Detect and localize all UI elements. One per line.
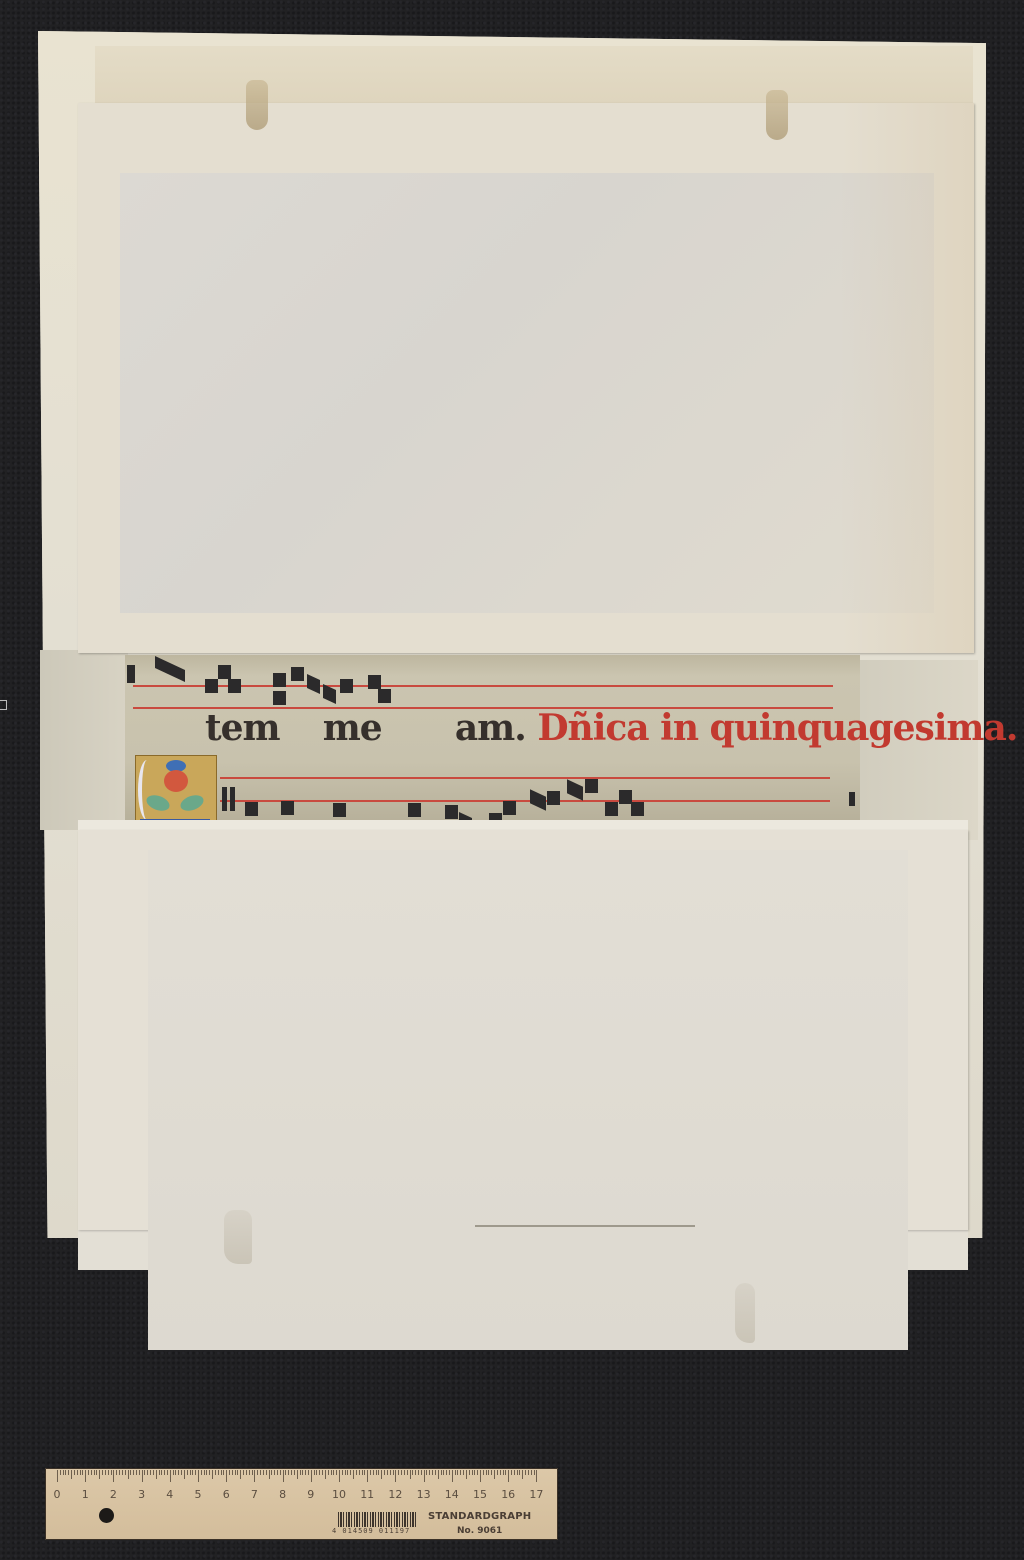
ruler-tick (65, 1470, 66, 1475)
ruler-tick (237, 1470, 238, 1475)
ruler-tick (500, 1470, 501, 1475)
ruler-tick (192, 1470, 193, 1475)
ruler-tick (195, 1470, 196, 1475)
ruler-tick (266, 1470, 267, 1475)
ruler-tick (446, 1470, 447, 1475)
ruler-tick (364, 1470, 365, 1475)
ruler-label: 13 (417, 1488, 431, 1501)
ruler-label: 11 (360, 1488, 374, 1501)
ruler-ticks (45, 1468, 558, 1482)
ruler-tick (472, 1470, 473, 1475)
ruler-tick (319, 1470, 320, 1475)
ruler-tick (57, 1470, 58, 1482)
ruler-tick (164, 1470, 165, 1475)
ruler-tick (536, 1470, 537, 1482)
ruler-tick (184, 1470, 185, 1479)
ruler-tick (322, 1470, 323, 1475)
ruler-tick (517, 1470, 518, 1475)
ruler-label: 3 (138, 1488, 145, 1501)
ruler-tick (457, 1470, 458, 1475)
ruler-tick (325, 1470, 326, 1479)
neume (530, 789, 546, 810)
ruler-tick (342, 1470, 343, 1475)
neume (333, 803, 346, 817)
lyric-syllable: tem (205, 707, 280, 749)
chant-text: tem me am. Dñica in quinquagesima. (205, 707, 1017, 749)
ruler-tick (421, 1470, 422, 1475)
edge-mark (0, 700, 7, 710)
neume (368, 675, 381, 689)
ruler-tick (80, 1470, 81, 1475)
ruler-tick (480, 1470, 481, 1482)
neume (340, 679, 353, 693)
ruler-tick (415, 1470, 416, 1475)
ruler-tick (82, 1470, 83, 1475)
neume (849, 792, 855, 806)
flower-icon (164, 770, 188, 792)
ruler-tick (387, 1470, 388, 1475)
ruler-tick (252, 1470, 253, 1475)
ruler-tick (240, 1470, 241, 1479)
ruler-label: 5 (195, 1488, 202, 1501)
ruler-tick (449, 1470, 450, 1475)
ruler-label: 4 (166, 1488, 173, 1501)
ruler-tick (91, 1470, 92, 1475)
ruler-tick (316, 1470, 317, 1475)
neume (273, 673, 286, 687)
ruler-tick (373, 1470, 374, 1475)
ruler-label: 7 (251, 1488, 258, 1501)
ruler-tick (136, 1470, 137, 1475)
ruler-label: 2 (110, 1488, 117, 1501)
ruler-tick (474, 1470, 475, 1475)
ruler-tick (356, 1470, 357, 1475)
ruler-tick (119, 1470, 120, 1475)
ruler-tick (263, 1470, 264, 1475)
staff-line (220, 777, 830, 779)
ruler-tick (347, 1470, 348, 1475)
ruler-tick (393, 1470, 394, 1475)
ruler-tick (311, 1470, 312, 1482)
ruler-tick (511, 1470, 512, 1475)
neume (273, 691, 286, 705)
ruler-tick (71, 1470, 72, 1479)
ruler-hole (99, 1508, 114, 1523)
ruler-tick (122, 1470, 123, 1475)
leaf-icon (178, 792, 205, 813)
ruler-tick (288, 1470, 289, 1475)
ruler-tick (505, 1470, 506, 1475)
ruler-tick (410, 1470, 411, 1479)
neume (378, 689, 391, 703)
ruler-tick (60, 1470, 61, 1475)
ruler-tick (283, 1470, 284, 1482)
ruler-tick (88, 1470, 89, 1475)
ruler-tick (381, 1470, 382, 1479)
ruler-tick (412, 1470, 413, 1475)
ruler-tick (362, 1470, 363, 1475)
ruler-tick (128, 1470, 129, 1479)
ruler-tick (173, 1470, 174, 1475)
neume (155, 656, 185, 682)
ruler-tick (111, 1470, 112, 1475)
ruler-tick (291, 1470, 292, 1475)
ruler-tick (206, 1470, 207, 1475)
ruler-tick (367, 1470, 368, 1482)
ruler-tick (376, 1470, 377, 1475)
ruler-tick (378, 1470, 379, 1475)
ruler-model: No. 9061 (457, 1526, 502, 1536)
ruler-tick (483, 1470, 484, 1475)
barcode (338, 1512, 418, 1527)
ruler-label: 15 (473, 1488, 487, 1501)
ruler-tick (108, 1470, 109, 1475)
ruler-tick (469, 1470, 470, 1475)
ruler-tick (94, 1470, 95, 1475)
ruler-label: 1 (82, 1488, 89, 1501)
ruler-tick (463, 1470, 464, 1475)
ruler-tick (441, 1470, 442, 1475)
ruler-tick (201, 1470, 202, 1475)
ruler-tick (503, 1470, 504, 1475)
ruler-tick (187, 1470, 188, 1475)
paper-hinge-top-right (766, 90, 788, 140)
ruler-tick (218, 1470, 219, 1475)
ruler-tick (235, 1470, 236, 1475)
rubric-text: Dñica in quinquagesima. (537, 707, 1017, 749)
ruler-tick (339, 1470, 340, 1482)
ruler-tick (254, 1470, 255, 1482)
ruler-tick (384, 1470, 385, 1475)
ruler-tick (243, 1470, 244, 1475)
neume (218, 665, 231, 679)
ruler-label: 14 (445, 1488, 459, 1501)
neume (585, 779, 598, 793)
neume (408, 803, 421, 817)
ruler-tick (181, 1470, 182, 1475)
neume (547, 791, 560, 805)
ruler-tick (142, 1470, 143, 1482)
ruler-label: 10 (332, 1488, 346, 1501)
neume (281, 801, 294, 815)
left-vellum-strip (40, 650, 128, 830)
upper-blank-sheet (78, 103, 974, 653)
ruler-tick (477, 1470, 478, 1475)
ruler-tick (74, 1470, 75, 1475)
ruler-tick (353, 1470, 354, 1479)
ruler-tick (249, 1470, 250, 1475)
ruler-tick (300, 1470, 301, 1475)
ruler-tick (170, 1470, 171, 1482)
ruler-tick (370, 1470, 371, 1475)
neume (127, 665, 135, 683)
neume (605, 802, 618, 816)
tear-line (475, 1225, 695, 1227)
ruler-tick (215, 1470, 216, 1475)
ruler-tick (116, 1470, 117, 1475)
ruler-tick (302, 1470, 303, 1475)
ruler-tick (336, 1470, 337, 1475)
ruler-tick (345, 1470, 346, 1475)
ruler-tick (209, 1470, 210, 1475)
ruler-tick (494, 1470, 495, 1479)
ruler-tick (435, 1470, 436, 1475)
ruler-tick (68, 1470, 69, 1475)
ruler-tick (139, 1470, 140, 1475)
ruler-tick (486, 1470, 487, 1475)
ruler-tick (401, 1470, 402, 1475)
ruler-tick (223, 1470, 224, 1475)
ruler-tick (280, 1470, 281, 1475)
ruler-tick (398, 1470, 399, 1475)
ruler-tick (331, 1470, 332, 1475)
ruler-tick (175, 1470, 176, 1475)
right-vellum-strip (852, 660, 978, 840)
ruler-tick (308, 1470, 309, 1475)
ruler-tick (113, 1470, 114, 1482)
ruler-tick (429, 1470, 430, 1475)
ruler-tick (418, 1470, 419, 1475)
ruler-tick (232, 1470, 233, 1475)
neume (567, 779, 583, 800)
ruler-tick (443, 1470, 444, 1475)
ruler-tick (204, 1470, 205, 1475)
lyric-syllable: am. (455, 707, 526, 749)
barcode-digits: 4 014509 011197 (332, 1527, 410, 1535)
ruler-label: 16 (501, 1488, 515, 1501)
ruler-tick (519, 1470, 520, 1475)
ruler-tick (525, 1470, 526, 1475)
ruler-tick (333, 1470, 334, 1475)
ruler-tick (156, 1470, 157, 1479)
ruler-tick (497, 1470, 498, 1475)
acanthus-swirl (138, 760, 156, 820)
staff-line (220, 800, 830, 802)
ruler-tick (105, 1470, 106, 1475)
ruler-tick (221, 1470, 222, 1475)
ruler-tick (198, 1470, 199, 1482)
ruler-tick (257, 1470, 258, 1475)
ruler-tick (514, 1470, 515, 1475)
neume (307, 674, 320, 694)
ruler-tick (85, 1470, 86, 1482)
paper-hinge-bottom-right (735, 1283, 755, 1343)
ruler-tick (125, 1470, 126, 1475)
ruler-tick (359, 1470, 360, 1475)
ruler-tick (314, 1470, 315, 1475)
ruler-tick (531, 1470, 532, 1475)
ruler-tick (350, 1470, 351, 1475)
ruler-tick (522, 1470, 523, 1479)
ruler-tick (226, 1470, 227, 1482)
ruler-tick (390, 1470, 391, 1475)
paper-hinge-top-left (246, 80, 268, 130)
neume (503, 801, 516, 815)
manuscript-fragment: tem me am. Dñica in quinquagesima. (125, 655, 860, 833)
ruler-tick (297, 1470, 298, 1479)
ruler-tick (395, 1470, 396, 1482)
ruler-tick (424, 1470, 425, 1482)
ruler-tick (130, 1470, 131, 1475)
ruler-brand: STANDARDGRAPH (428, 1511, 531, 1522)
ruler-label: 8 (279, 1488, 286, 1501)
ruler-tick (305, 1470, 306, 1475)
ruler-tick (432, 1470, 433, 1475)
ruler-tick (460, 1470, 461, 1475)
ruler-tick (455, 1470, 456, 1475)
lyric-syllable: me (323, 707, 382, 749)
neume (631, 802, 644, 816)
ruler-tick (269, 1470, 270, 1479)
ruler-tick (426, 1470, 427, 1475)
ruler-tick (294, 1470, 295, 1475)
ruler-tick (147, 1470, 148, 1475)
ruler-tick (534, 1470, 535, 1475)
ruler-tick (452, 1470, 453, 1482)
ruler-tick (159, 1470, 160, 1475)
ruler-tick (528, 1470, 529, 1475)
ruler-tick (271, 1470, 272, 1475)
ruler-tick (161, 1470, 162, 1475)
scale-ruler: 01234567891011121314151617 4 014509 0111… (45, 1468, 558, 1540)
ruler-tick (190, 1470, 191, 1475)
ruler-tick (212, 1470, 213, 1479)
neume (230, 787, 235, 811)
ruler-label: 0 (54, 1488, 61, 1501)
ruler-tick (133, 1470, 134, 1475)
lower-sheet-panel (78, 830, 968, 1230)
ruler-tick (274, 1470, 275, 1475)
ruler-tick (229, 1470, 230, 1475)
ruler-label: 9 (307, 1488, 314, 1501)
neume (445, 805, 458, 819)
ruler-tick (178, 1470, 179, 1475)
lower-sheet-inner (148, 850, 908, 1350)
ruler-tick (466, 1470, 467, 1479)
ruler-tick (328, 1470, 329, 1475)
ruler-tick (153, 1470, 154, 1475)
ruler-tick (102, 1470, 103, 1475)
ruler-tick (404, 1470, 405, 1475)
ruler-tick (488, 1470, 489, 1475)
ruler-tick (99, 1470, 100, 1479)
neume (228, 679, 241, 693)
ruler-tick (260, 1470, 261, 1475)
ruler-tick (63, 1470, 64, 1475)
ruler-tick (167, 1470, 168, 1475)
ruler-tick (150, 1470, 151, 1475)
ruler-tick (508, 1470, 509, 1482)
ruler-tick (246, 1470, 247, 1475)
ruler-label: 6 (223, 1488, 230, 1501)
ruler-tick (77, 1470, 78, 1475)
neume (205, 679, 218, 693)
ruler-tick (438, 1470, 439, 1479)
neume (222, 787, 227, 811)
ruler-tick (285, 1470, 286, 1475)
ruler-tick (407, 1470, 408, 1475)
ruler-label: 17 (529, 1488, 543, 1501)
paper-hinge-bottom-left (224, 1210, 252, 1264)
upper-sheet-stain (78, 103, 974, 653)
neume (245, 802, 258, 816)
ruler-tick (96, 1470, 97, 1475)
ruler-tick (144, 1470, 145, 1475)
ruler-tick (277, 1470, 278, 1475)
ruler-label: 12 (388, 1488, 402, 1501)
ruler-tick (491, 1470, 492, 1475)
neume (291, 667, 304, 681)
